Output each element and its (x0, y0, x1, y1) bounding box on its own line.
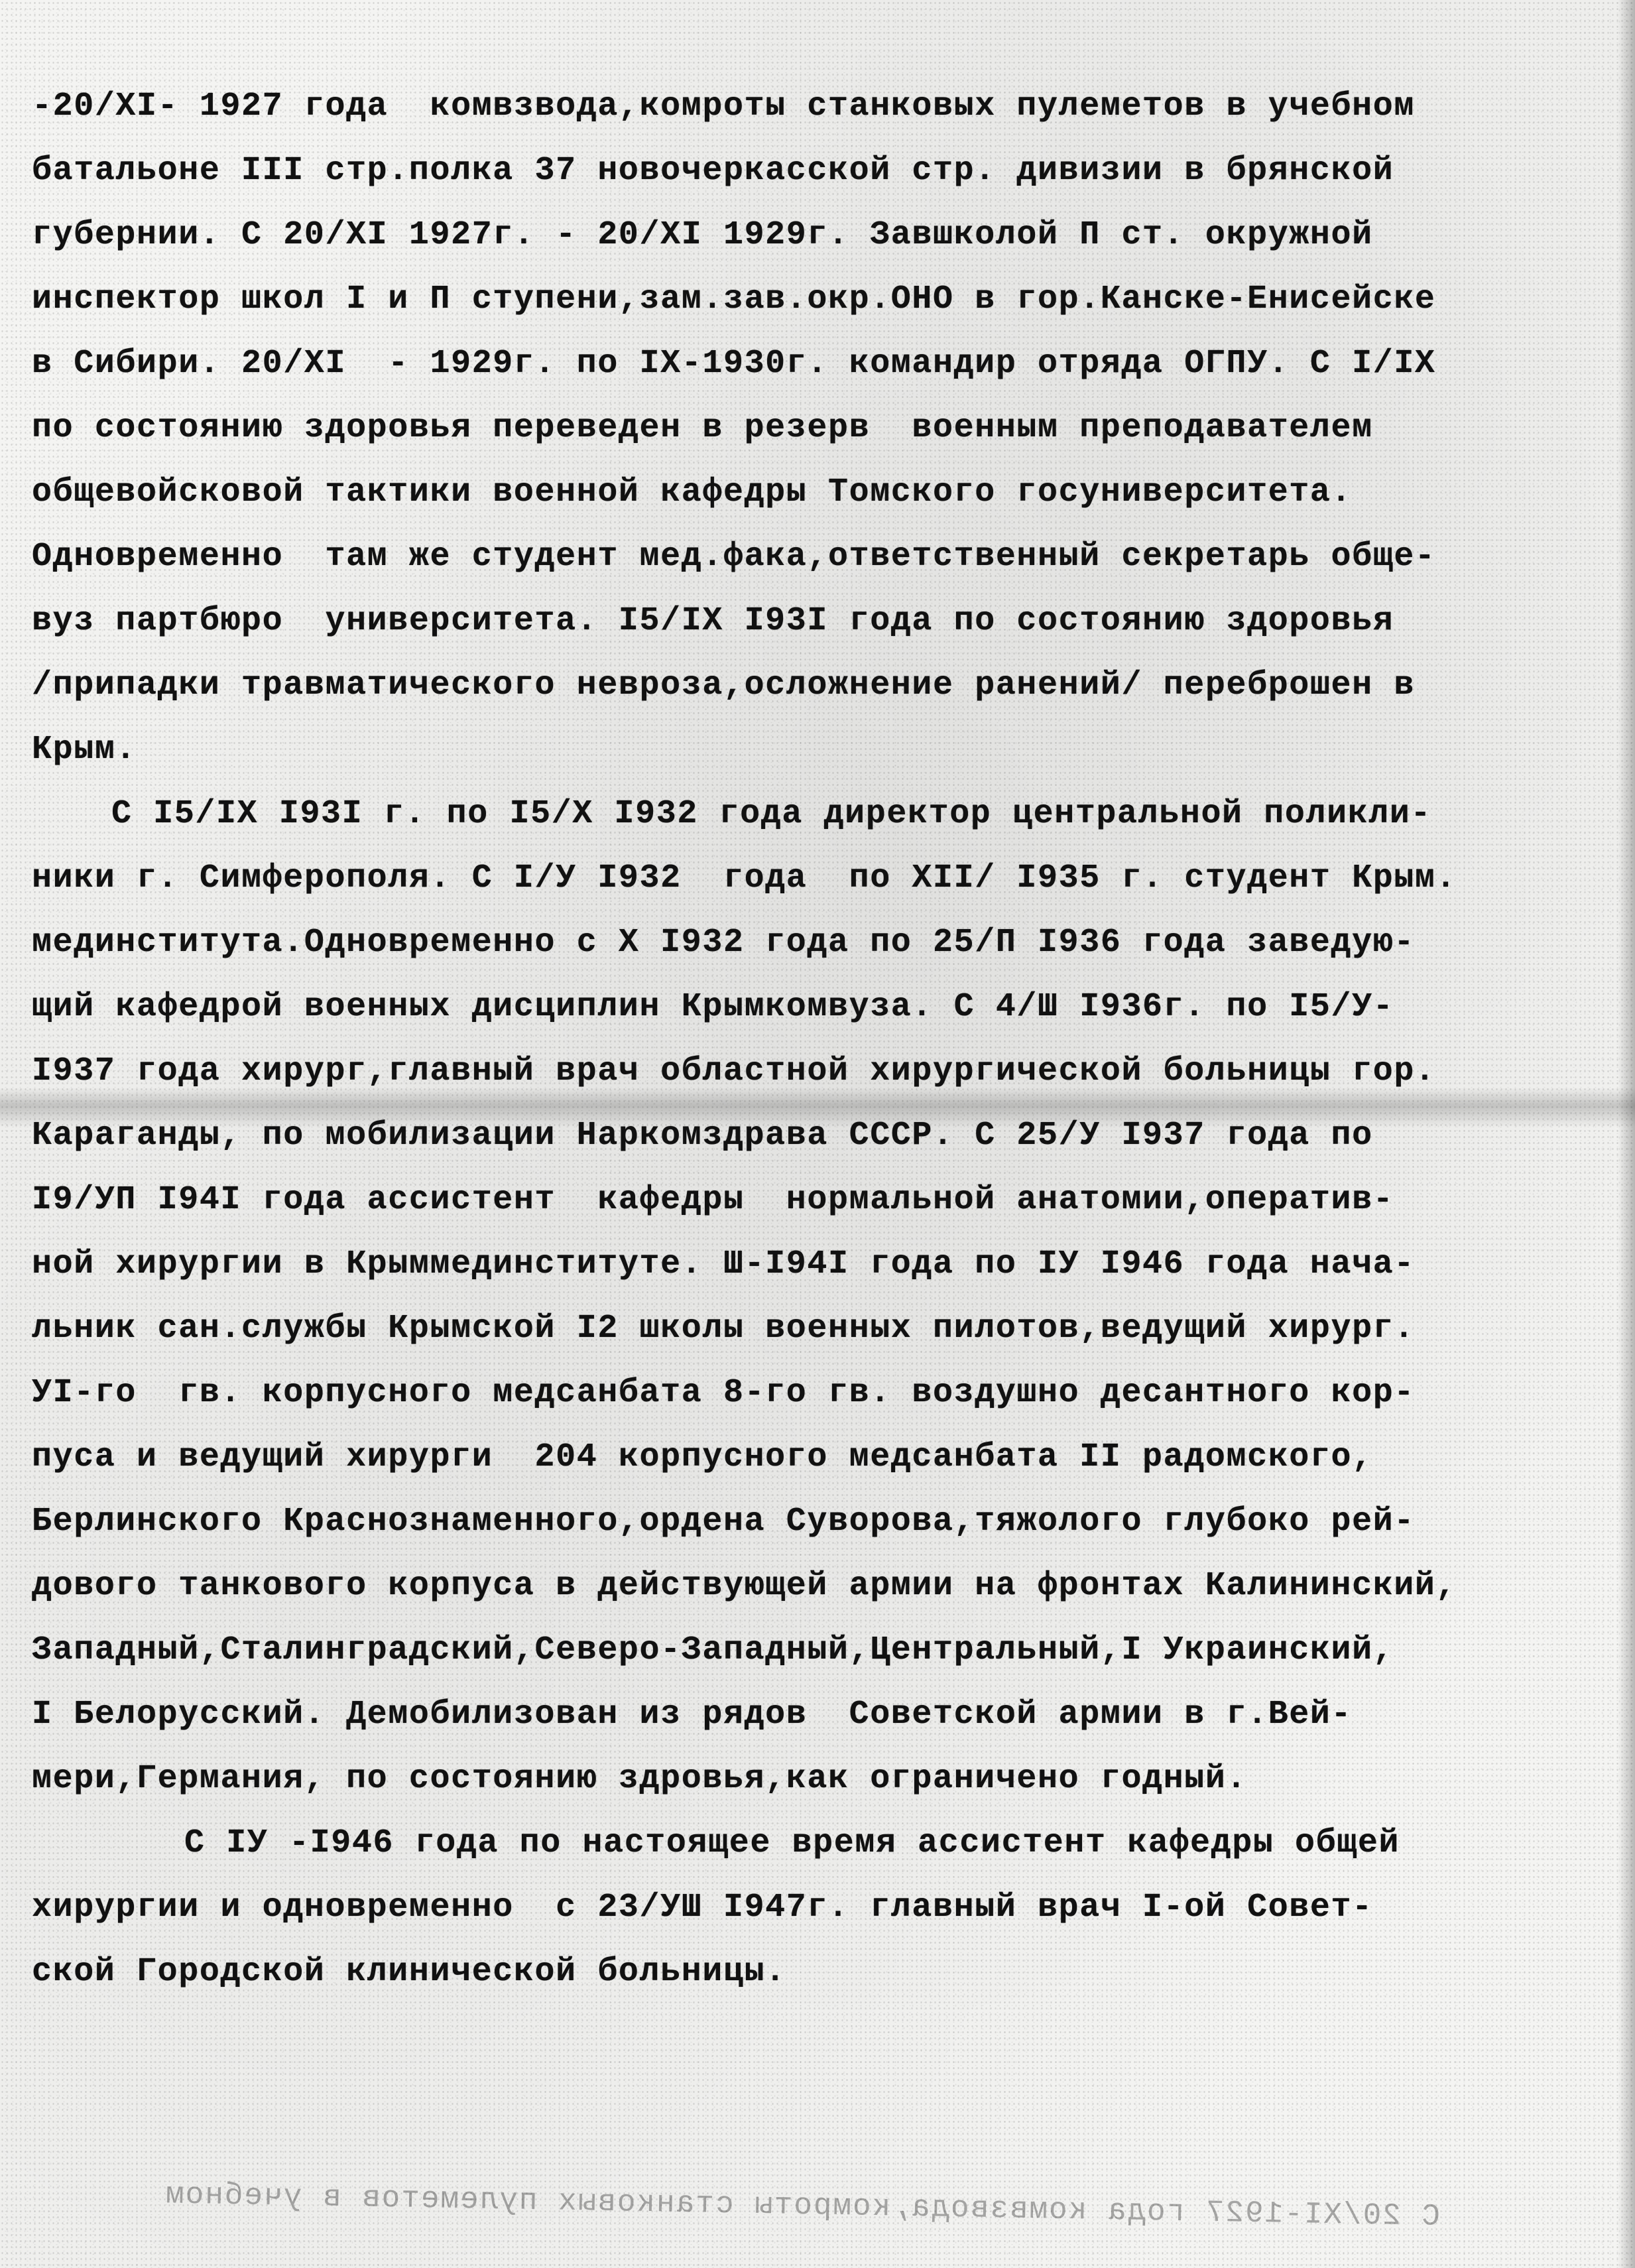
text-line: щий кафедрой военных дисциплин Крымкомву… (32, 975, 1610, 1039)
text-line: инспектор школ I и П ступени,зам.зав.окр… (32, 267, 1610, 332)
text-line: льник сан.службы Крымской I2 школы военн… (32, 1296, 1610, 1361)
text-line: ской Городской клинической больницы. (32, 1940, 1610, 2004)
text-line: Западный,Сталинградский,Северо-Западный,… (32, 1618, 1610, 1682)
text-line: хирургии и одновременно с 23/УШ I947г. г… (32, 1875, 1610, 1940)
text-line: Крым. (32, 718, 1610, 782)
text-line: мери,Германия, по состоянию здровья,как … (32, 1747, 1610, 1811)
text-line: ной хирургии в Крыммединституте. Ш-I94I … (32, 1232, 1610, 1296)
text-line: батальоне III стр.полка 37 новочеркасско… (32, 139, 1610, 203)
text-line: ники г. Симферополя. С I/У I932 года по … (32, 846, 1610, 911)
scanned-page: -20/XI- 1927 года комвзвода,комроты стан… (0, 0, 1635, 2268)
text-line: пуса и ведущий хирурги 204 корпусного ме… (32, 1425, 1610, 1489)
text-line: /припадки травматического невроза,осложн… (32, 653, 1610, 718)
text-line: по состоянию здоровья переведен в резерв… (32, 396, 1610, 460)
text-line: I937 года хирург,главный врач областной … (32, 1039, 1610, 1103)
page-edge-shadow (1618, 0, 1635, 2268)
paragraph-start-line: С IУ -I946 года по настоящее время ассис… (32, 1811, 1610, 1875)
text-line: I Белорусский. Демобилизован из рядов Со… (32, 1682, 1610, 1747)
text-line: УI-го гв. корпусного медсанбата 8-го гв.… (32, 1361, 1610, 1425)
text-line: мединститута.Одновременно с X I932 года … (32, 911, 1610, 975)
paragraph-start-line: С I5/IX I93I г. по I5/X I932 года директ… (32, 782, 1610, 846)
text-line: -20/XI- 1927 года комвзвода,комроты стан… (32, 74, 1610, 139)
text-line: Одновременно там же студент мед.фака,отв… (32, 525, 1610, 589)
typewritten-text: -20/XI- 1927 года комвзвода,комроты стан… (32, 74, 1610, 2004)
text-line: общевойсковой тактики военной кафедры То… (32, 460, 1610, 525)
text-line: дового танкового корпуса в действующей а… (32, 1554, 1610, 1618)
mirrored-bleed-through-text: С 20/XI-1927 года комвзвода,комроты стан… (73, 2176, 1532, 2236)
text-line: I9/УП I94I года ассистент кафедры нормал… (32, 1168, 1610, 1232)
text-line: вуз партбюро университета. I5/IX I93I го… (32, 589, 1610, 653)
text-line: Берлинского Краснознаменного,ордена Суво… (32, 1489, 1610, 1554)
text-line: в Сибири. 20/XI - 1929г. по IX-1930г. ко… (32, 332, 1610, 396)
text-line: губернии. С 20/XI 1927г. - 20/XI 1929г. … (32, 203, 1610, 267)
text-line: Караганды, по мобилизации Наркомздрава С… (32, 1103, 1610, 1168)
